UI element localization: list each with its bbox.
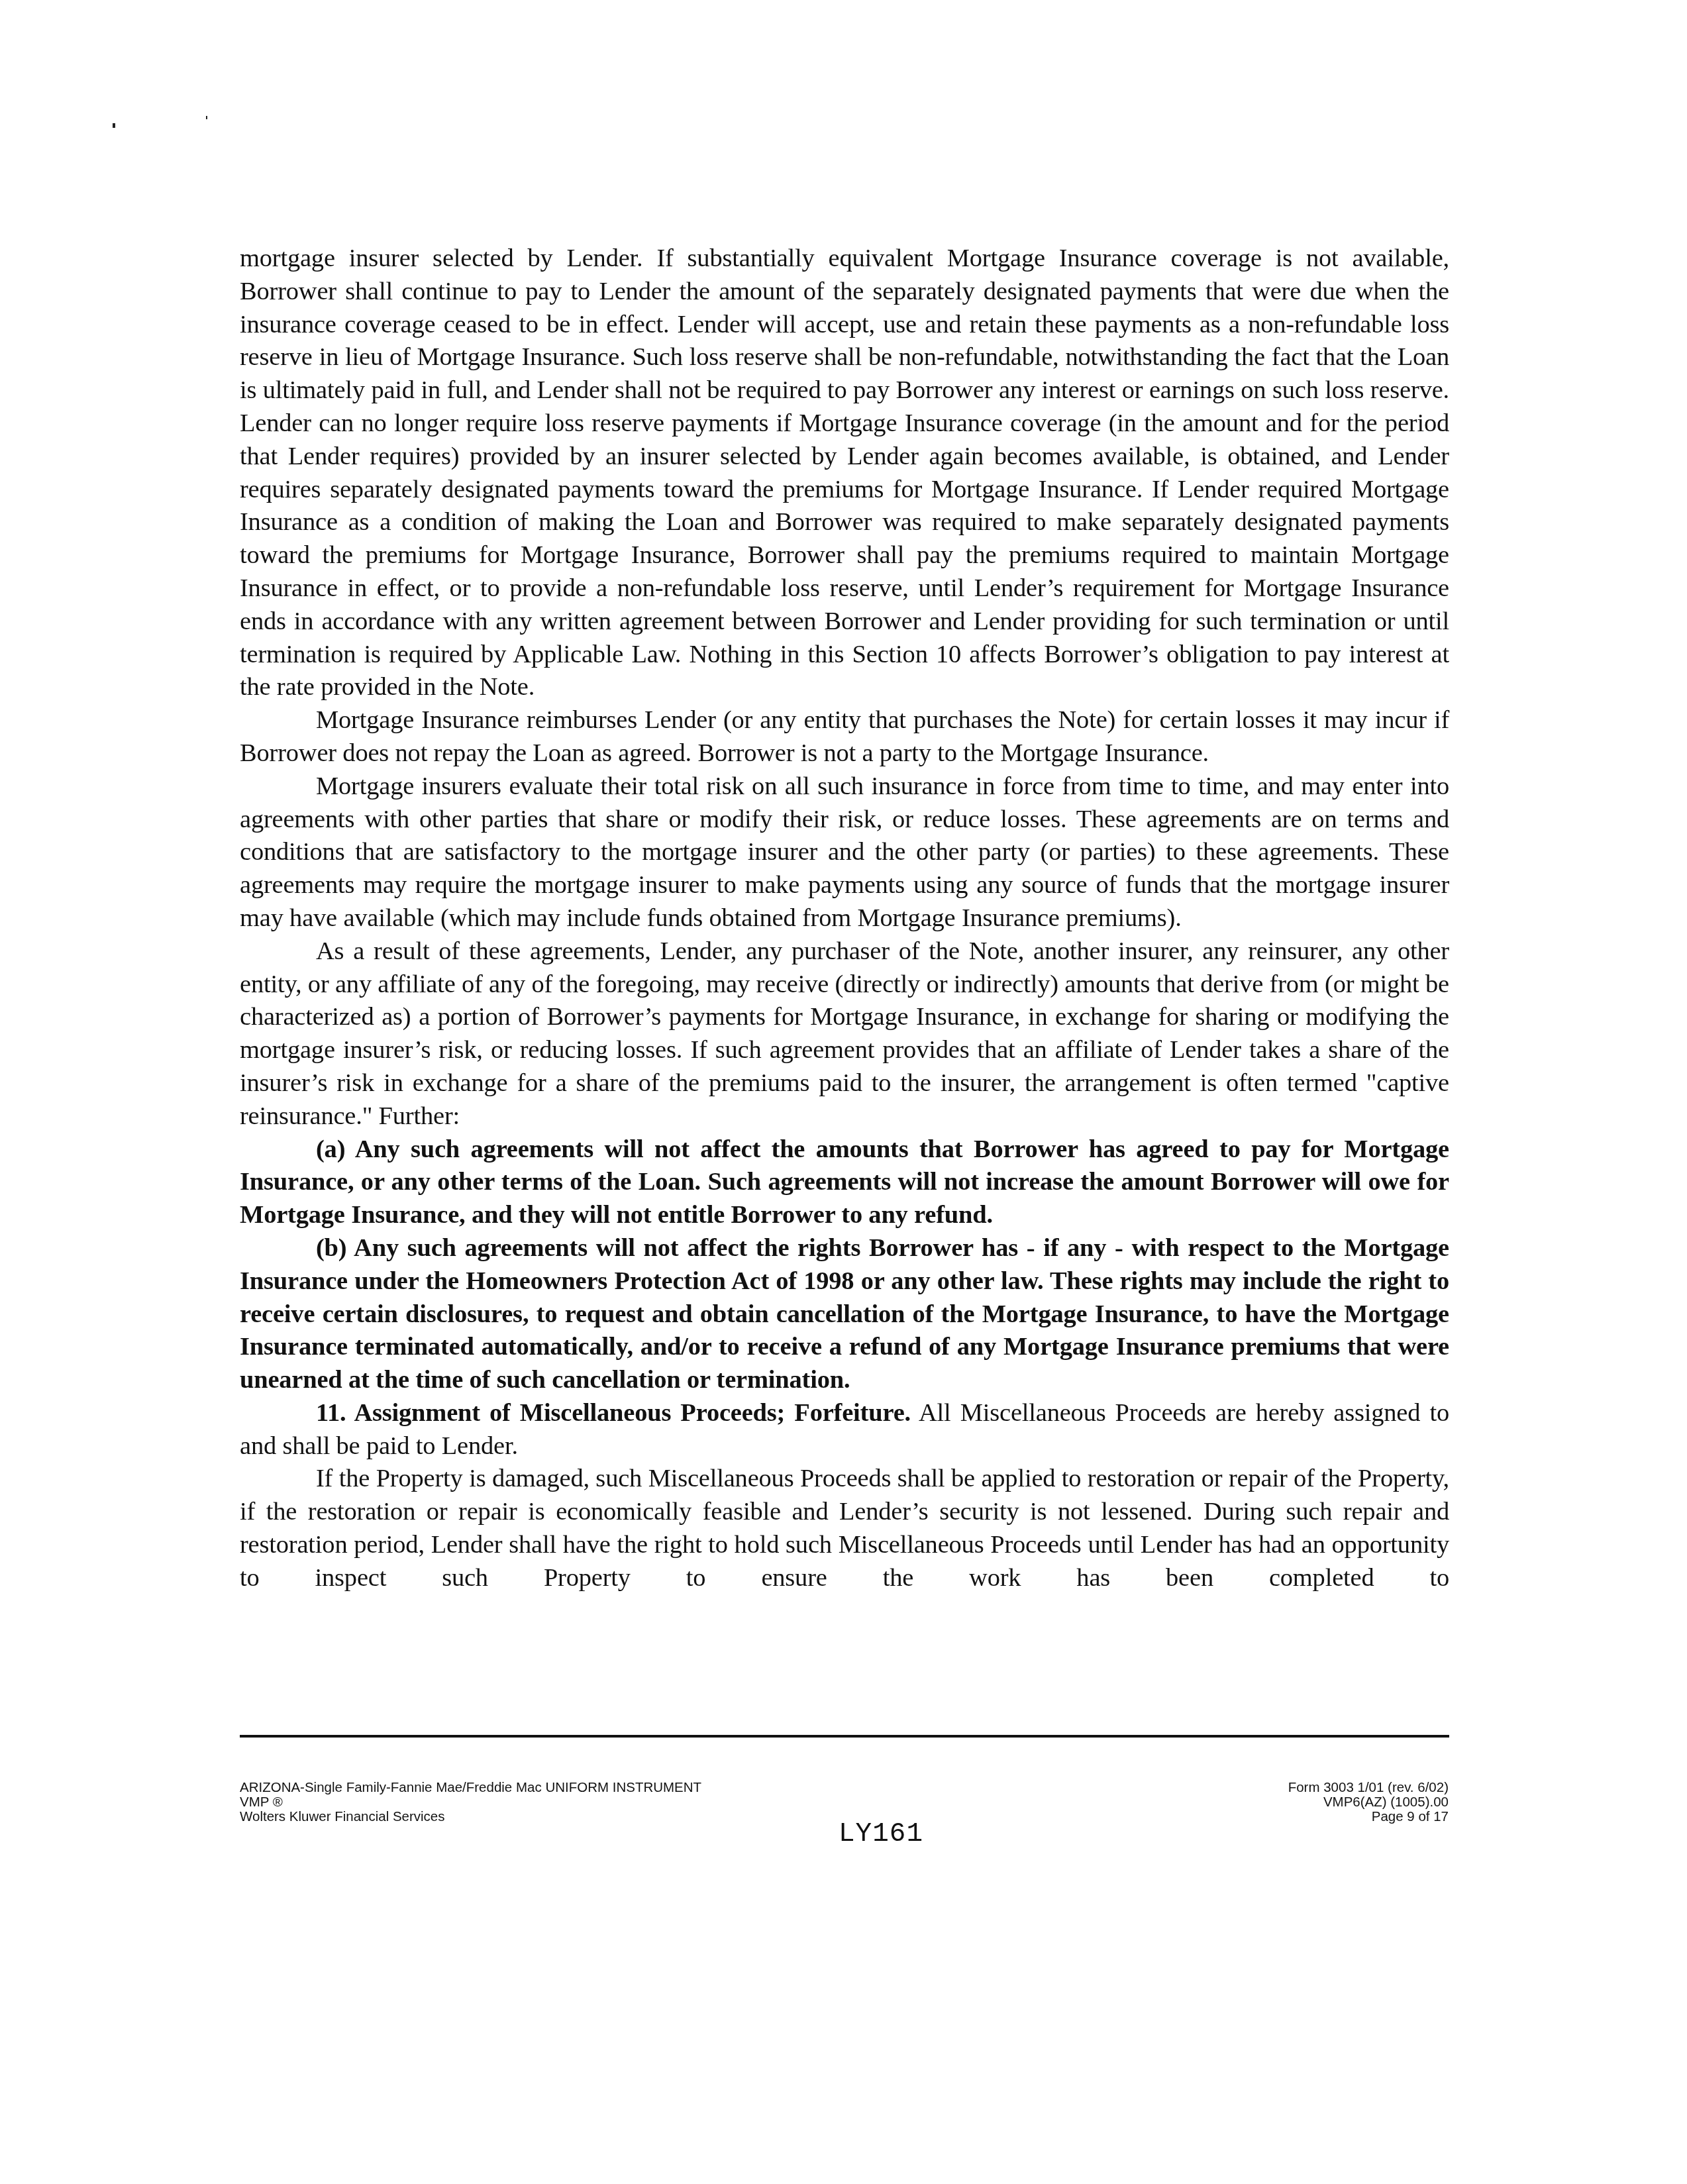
paragraph: As a result of these agreements, Lender,… — [240, 935, 1449, 1133]
document-body: mortgage insurer selected by Lender. If … — [240, 242, 1449, 1595]
publisher: Wolters Kluwer Financial Services — [240, 1810, 701, 1824]
page-number: Page 9 of 17 — [1288, 1810, 1449, 1824]
section-11-heading-paragraph: 11. Assignment of Miscellaneous Proceeds… — [240, 1397, 1449, 1463]
paragraph: Mortgage insurers evaluate their total r… — [240, 770, 1449, 935]
section-heading: 11. Assignment of Miscellaneous Proceeds… — [316, 1399, 911, 1427]
scan-mark — [113, 123, 115, 128]
bold-clause-a: (a) Any such agreements will not affect … — [240, 1133, 1449, 1232]
paragraph: Mortgage Insurance reimburses Lender (or… — [240, 704, 1449, 770]
paragraph: If the Property is damaged, such Miscell… — [240, 1463, 1449, 1594]
paragraph: mortgage insurer selected by Lender. If … — [240, 242, 1449, 704]
form-title: ARIZONA-Single Family-Fannie Mae/Freddie… — [240, 1781, 701, 1795]
document-stamp: LY161 — [839, 1818, 923, 1851]
scan-mark — [206, 116, 207, 119]
bold-clause-b: (b) Any such agreements will not affect … — [240, 1232, 1449, 1397]
form-code: VMP6(AZ) (1005).00 — [1288, 1795, 1449, 1810]
vmp-mark: VMP ® — [240, 1795, 701, 1810]
footer-left: ARIZONA-Single Family-Fannie Mae/Freddie… — [240, 1781, 701, 1824]
footer-right: Form 3003 1/01 (rev. 6/02) VMP6(AZ) (100… — [1288, 1781, 1449, 1824]
form-number: Form 3003 1/01 (rev. 6/02) — [1288, 1781, 1449, 1795]
footer-divider — [240, 1735, 1449, 1738]
